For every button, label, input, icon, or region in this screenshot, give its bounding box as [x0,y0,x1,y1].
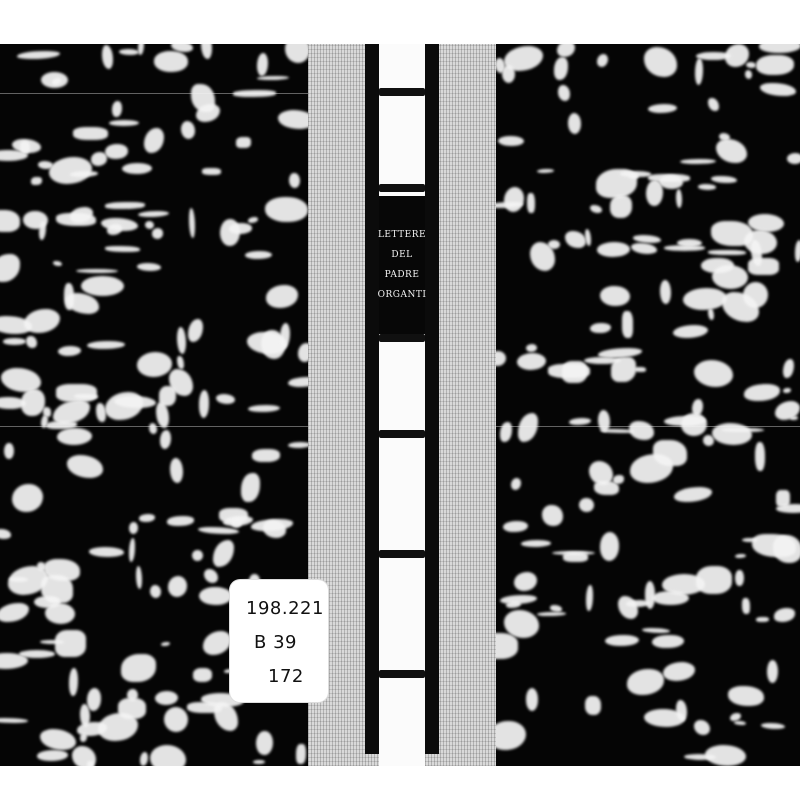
marble-speck [742,598,750,614]
marble-speck [698,184,716,190]
marble-speck [622,311,634,338]
marble-speck [673,325,708,338]
marble-speck [610,195,632,218]
marble-speck [496,633,518,659]
marble-speck [216,394,235,404]
marble-speck [759,44,800,53]
marble-speck [590,323,610,334]
marble-speck [89,547,124,556]
marble-speck [694,720,710,736]
marble-speck [87,688,102,711]
spine-back-strip [379,44,425,766]
marble-speck [597,242,630,257]
marble-speck [57,428,92,445]
marble-speck [631,243,657,254]
marble-speck [728,686,764,706]
marble-speck [674,487,712,502]
marble-speck [45,603,75,624]
marble-speck [633,235,661,243]
marble-speck [568,113,581,134]
marble-speck [38,161,53,169]
marble-speck [58,346,81,356]
spine-title-line: PADRE [385,270,420,280]
marble-speck [742,538,758,542]
marble-speck [155,691,178,705]
marble-speck [256,731,272,755]
spine-band [379,550,425,558]
marble-speck [558,85,570,100]
marble-speck [642,628,670,633]
marble-speck [500,422,512,442]
marble-speck [154,51,188,72]
marble-speck [168,576,187,597]
marble-speck [253,760,265,764]
marble-speck [280,323,290,347]
marble-speck [137,263,161,271]
marble-speck [627,669,665,695]
marble-speck [569,418,591,425]
marble-speck [600,429,635,434]
marble-speck [138,44,144,55]
marble-speck [31,177,41,185]
marble-speck [716,139,747,164]
marble-speck [288,442,308,448]
marble-speck [676,700,687,720]
spine-title-label: LETTERE DEL PADRE ORGANTI [379,196,425,334]
marble-speck [266,285,298,308]
marble-speck [56,384,97,402]
marble-speck [12,484,42,512]
marble-speck [611,357,636,382]
marble-speck [76,269,118,273]
marble-speck [214,702,238,731]
call-number-line: 172 [268,666,304,687]
marble-speck [0,653,28,669]
marble-speck [191,84,214,112]
marble-speck [767,660,778,683]
marble-speck [554,57,568,79]
marble-speck [598,348,642,358]
marble-speck [644,47,677,77]
marble-speck [202,168,221,175]
marble-speck [241,473,260,502]
marble-speck [734,721,746,725]
marble-speck [193,668,213,682]
marble-speck [156,402,169,428]
marble-speck [105,202,145,209]
marble-speck [719,133,730,141]
marble-speck [712,265,748,289]
marble-speck [586,585,593,611]
marble-speck [105,246,140,252]
marble-speck [526,344,537,352]
marble-speck [743,282,768,308]
marble-speck [139,514,154,522]
marble-speck [70,171,98,177]
marble-speck [20,141,29,154]
marble-speck [589,461,613,485]
marble-speck [756,55,793,75]
marble-speck [204,569,218,583]
marble-speck [502,65,515,83]
marble-speck [0,603,29,622]
marble-speck [660,280,671,304]
spine-joint-right [425,44,439,754]
marble-speck [105,144,129,159]
marble-speck [521,540,551,547]
spine-band [379,184,425,192]
marble-speck [776,490,790,507]
marble-speck [87,341,125,350]
marble-speck [550,605,562,611]
marble-speck [189,208,195,237]
marble-speck [579,498,594,513]
marble-speck [81,276,124,296]
marble-speck [199,587,232,606]
marble-speck [26,336,36,349]
marble-speck [629,173,640,179]
marble-speck [695,58,703,85]
marble-speck [744,384,780,401]
marble-speck [160,430,172,449]
marble-speck [756,617,768,622]
marble-speck [257,53,268,76]
marble-speck [121,654,156,682]
marble-speck [245,251,273,260]
marble-speck [257,76,289,81]
call-number-line: B 39 [254,632,297,653]
marble-speck [203,631,231,655]
marble-speck [597,54,608,67]
marble-speck [537,169,553,173]
spine-title-line: ORGANTI [378,290,427,300]
marble-speck [149,423,157,434]
spine-band [379,670,425,678]
marble-speck [39,221,46,241]
marble-speck [152,228,163,238]
marble-speck [129,538,136,562]
marble-speck [248,217,258,223]
marble-speck [504,187,524,212]
marble-speck [236,137,251,149]
marble-speck [109,120,139,126]
marble-speck [684,754,715,760]
marble-speck [144,128,164,154]
library-call-number-sticker: 198.221 B 39 172 [230,580,328,702]
marble-speck [122,163,152,174]
marble-speck [514,572,537,591]
marble-speck [548,364,590,378]
marble-speck [177,356,183,369]
book-spine: LETTERE DEL PADRE ORGANTI [308,44,496,766]
marble-speck [527,193,534,214]
marble-speck [17,51,60,60]
marble-speck [198,527,239,534]
marble-speck [24,309,59,333]
marble-speck [48,598,58,602]
spine-band [379,334,425,342]
marble-speck [80,704,90,727]
marble-speck [730,713,741,722]
marble-speck [773,535,800,563]
marble-speck [506,601,522,608]
marble-speck [590,205,602,213]
book-scan: LETTERE DEL PADRE ORGANTI 198.221 B 39 1… [0,0,800,800]
marble-speck [552,551,596,555]
marble-speck [526,688,539,711]
marble-speck [96,403,106,422]
marble-speck [3,338,26,344]
marble-speck [67,455,103,477]
marble-speck [112,101,121,117]
marble-speck [0,718,28,723]
marble-speck [517,353,546,370]
marble-speck [252,449,280,462]
marble-speck [4,443,14,460]
marble-speck [164,707,188,732]
marble-speck [680,159,716,164]
marble-speck [652,591,689,605]
marble-speck [503,521,528,533]
marble-speck [634,367,646,372]
marble-speck [161,642,170,647]
marble-speck [787,153,800,164]
marble-speck [0,529,11,538]
marble-speck [102,45,113,69]
marble-speck [748,214,784,232]
marble-speck [251,519,293,531]
marble-speck [170,458,182,483]
marble-speck [613,475,624,484]
marble-speck [105,392,143,421]
marble-speck [585,229,591,246]
marble-speck [72,746,96,766]
marble-speck [201,44,212,59]
marble-speck [69,668,78,696]
marble-speck [683,288,727,310]
marble-speck [150,745,186,766]
marble-speck [140,752,148,766]
marble-speck [783,388,791,394]
marble-speck [136,566,142,590]
marble-speck [652,635,684,648]
marble-speck [231,518,241,527]
marble-speck [177,327,186,354]
marble-speck [73,127,108,140]
marble-speck [150,585,161,597]
marble-speck [265,197,308,222]
marble-speck [712,423,751,444]
marble-speck [795,240,800,262]
marble-speck [755,442,765,471]
spine-band [379,88,425,96]
marble-speck [220,219,239,246]
marble-speck [0,397,26,409]
marble-speck [600,532,620,561]
marble-speck [557,44,575,57]
marble-speck [761,723,785,729]
spine-title-line: DEL [391,250,412,260]
marble-speck [285,44,308,63]
marble-speck [653,440,686,467]
marble-speck [188,319,203,342]
marble-speck [288,377,308,387]
marble-speck [735,570,743,587]
marble-speck [129,522,138,534]
spine-title-line: LETTERE [378,230,426,240]
marble-speck [600,286,629,306]
marble-speck [746,62,755,68]
marble-speck [118,698,146,719]
marble-speck [137,352,172,376]
marble-speck [664,245,705,250]
marble-speck [0,254,20,282]
marble-speck [565,231,585,248]
marble-speck [676,189,682,209]
back-board-marbled [496,44,800,766]
marble-speck [708,308,714,320]
marble-speck [56,213,96,226]
marble-speck [37,750,69,761]
marble-speck [696,566,732,594]
marble-speck [80,733,87,743]
marble-speck [783,359,793,378]
marble-speck [760,83,796,96]
marble-speck [711,176,736,184]
marble-speck [40,729,75,750]
spine-joint-left [365,44,379,754]
marble-speck [537,612,566,616]
marble-speck [55,630,86,657]
marble-speck [711,221,753,246]
marble-speck [664,416,706,426]
marble-speck [289,173,300,189]
call-number-line: 198.221 [246,598,324,619]
marble-speck [298,343,308,362]
marble-speck [192,550,203,562]
marble-speck [233,90,276,96]
marble-speck [694,360,733,387]
marble-speck [0,210,20,232]
marble-speck [213,540,234,567]
marble-speck [745,70,752,79]
marble-speck [199,390,210,417]
marble-speck [53,400,90,424]
marble-speck [145,221,154,229]
marble-speck [646,180,663,207]
marble-speck [1,368,41,393]
spine-band [379,430,425,438]
marble-speck [663,662,696,681]
marble-speck [496,721,526,751]
marble-speck [605,635,639,647]
marble-speck [64,283,74,310]
marble-speck [648,104,677,113]
marble-speck [511,478,521,490]
marble-speck [119,49,139,55]
marble-speck [167,516,195,526]
marble-speck [498,136,523,146]
marble-speck [585,696,601,715]
marble-speck [518,413,539,441]
marble-speck [138,211,169,217]
marble-speck [542,505,563,527]
marble-speck [735,554,746,558]
marble-speck [708,98,718,111]
marble-speck [774,608,795,621]
marble-speck [708,250,746,255]
marble-speck [296,744,306,765]
marble-speck [181,121,196,140]
marble-speck [53,261,62,267]
marble-speck [496,351,506,366]
marble-speck [278,110,308,129]
marble-speck [107,224,122,234]
marble-speck [248,405,280,412]
